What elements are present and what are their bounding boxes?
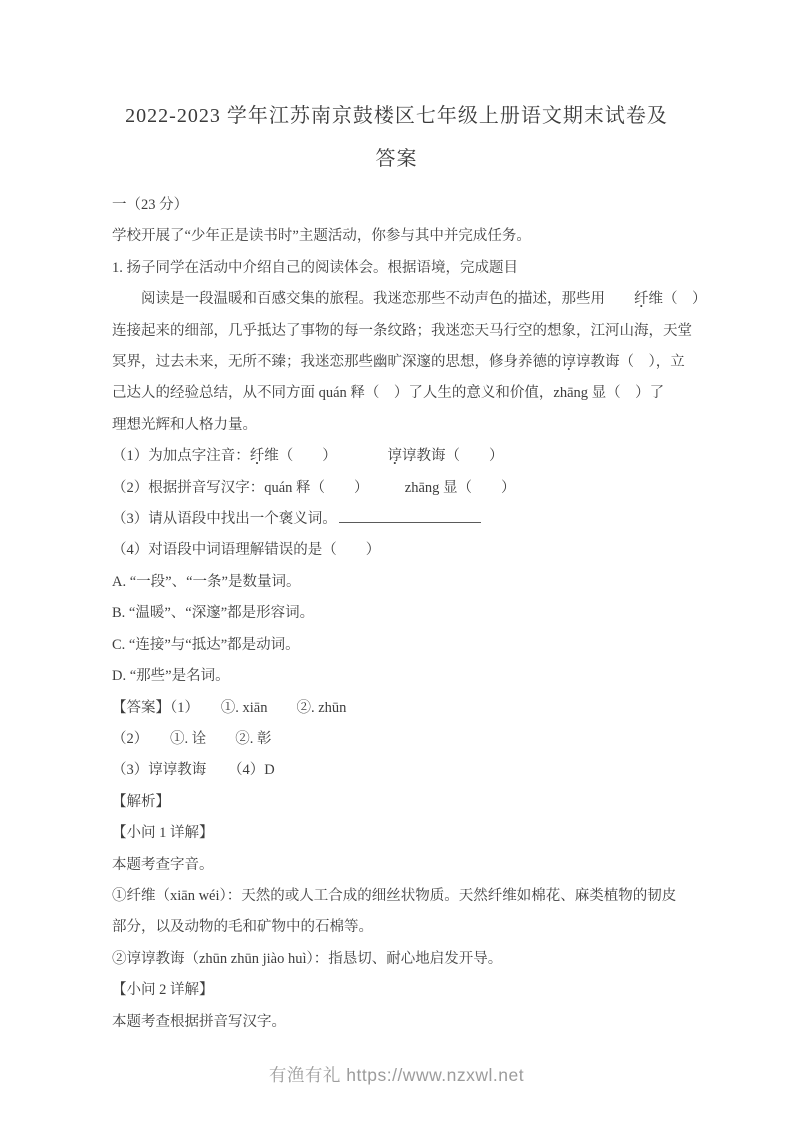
text-segment: ②谆谆教诲（zhūn zhūn jiào huì）：指恳切、耐心地启发开导。 <box>112 951 502 967</box>
passage-line-5: 理想光辉和人格力量。 <box>112 410 695 441</box>
text-segment: 部分，以及动物的毛和矿物中的石棉等。 <box>112 919 373 935</box>
option-a: A. “一段”、“一条”是数量词。 <box>112 567 695 598</box>
option-b: B. “温暖”、“深邃”都是形容词。 <box>112 598 695 629</box>
text-segment: 理想光辉和人格力量。 <box>112 417 257 433</box>
exam-document-page: 2022-2023 学年江苏南京鼓楼区七年级上册语文期末试卷及 答案 一（23 … <box>0 0 793 1122</box>
passage-line-4: 己达人的经验总结，从不同方面 quán 释（ ）了人生的意义和价值，zhāng … <box>112 378 695 409</box>
text-segment: （2） ①. 诠 ②. 彰 <box>112 731 272 747</box>
explanation-1-line-2: 部分，以及动物的毛和矿物中的石棉等。 <box>112 912 695 943</box>
text-segment: D. “那些”是名词。 <box>112 668 230 684</box>
subq2-detail-intro: 本题考查根据拼音写汉字。 <box>112 1007 695 1038</box>
text-segment: A. “一段”、“一条”是数量词。 <box>112 574 300 590</box>
text-segment: （4）对语段中词语理解错误的是（ ） <box>112 542 380 558</box>
text-segment: 【小问 2 详解】 <box>112 982 214 998</box>
text-segment: 维（ ） <box>264 448 387 464</box>
text-segment: （1）为加点字注音： <box>112 448 250 464</box>
emphasis-dotted-char: 纤 <box>250 444 265 465</box>
explanation-1-line-1: ①纤维（xiān wéi）：天然的或人工合成的细丝状物质。天然纤维如棉花、麻类植… <box>112 881 695 912</box>
text-segment: 维（ ） <box>649 291 707 307</box>
answer-line-1: 【答案】（1） ①. xiān ②. zhūn <box>112 693 695 724</box>
text-segment: B. “温暖”、“深邃”都是形容词。 <box>112 605 314 621</box>
text-segment: 本题考查字音。 <box>112 857 214 873</box>
emphasis-dotted-char: 谆 <box>562 350 577 371</box>
answer-blank-line <box>339 510 481 523</box>
emphasis-dotted-char: 纤 <box>605 287 649 308</box>
document-body: 一（23 分）学校开展了“少年正是读书时”主题活动，你参与其中并完成任务。1. … <box>112 190 695 1038</box>
option-c: C. “连接”与“抵达”都是动词。 <box>112 630 695 661</box>
text-segment: 己达人的经验总结，从不同方面 quán 释（ ）了人生的意义和价值，zhāng … <box>112 385 664 401</box>
analysis-heading: 【解析】 <box>112 787 695 818</box>
text-segment: 冥界，过去未来，无所不臻；我迷恋那些幽旷深邃的思想，修身养德的 <box>112 354 562 370</box>
text-segment: C. “连接”与“抵达”都是动词。 <box>112 637 300 653</box>
text-segment: 【答案】（1） ①. xiān ②. zhūn <box>112 700 346 716</box>
text-segment: 谆教诲（ ） <box>402 448 504 464</box>
text-segment: 学校开展了“少年正是读书时”主题活动，你参与其中并完成任务。 <box>112 228 531 244</box>
answer-line-2: （2） ①. 诠 ②. 彰 <box>112 724 695 755</box>
sub-question-4: （4）对语段中词语理解错误的是（ ） <box>112 535 695 566</box>
subq1-detail-heading: 【小问 1 详解】 <box>112 818 695 849</box>
option-d: D. “那些”是名词。 <box>112 661 695 692</box>
sub-question-3: （3）请从语段中找出一个褒义词。 <box>112 504 695 535</box>
text-segment: （3）谆谆教诲 （4）D <box>112 762 275 778</box>
document-title: 2022-2023 学年江苏南京鼓楼区七年级上册语文期末试卷及 答案 <box>0 0 793 181</box>
document-title-line-2: 答案 <box>0 138 793 181</box>
passage-line-3: 冥界，过去未来，无所不臻；我迷恋那些幽旷深邃的思想，修身养德的谆谆教诲（ ），立 <box>112 347 695 378</box>
subq1-detail-intro: 本题考查字音。 <box>112 850 695 881</box>
watermark-text: 有渔有礼 https://www.nzxwl.net <box>269 1065 524 1085</box>
section-heading: 一（23 分） <box>112 190 695 221</box>
sub-question-2: （2）根据拼音写汉字：quán 释（ ） zhāng 显（ ） <box>112 473 695 504</box>
activity-intro: 学校开展了“少年正是读书时”主题活动，你参与其中并完成任务。 <box>112 221 695 252</box>
document-title-line-1: 2022-2023 学年江苏南京鼓楼区七年级上册语文期末试卷及 <box>0 95 793 138</box>
watermark-footer: 有渔有礼 https://www.nzxwl.net <box>0 1062 793 1087</box>
text-segment: （2）根据拼音写汉字：quán 释（ ） zhāng 显（ ） <box>112 480 516 496</box>
answer-line-3: （3）谆谆教诲 （4）D <box>112 755 695 786</box>
explanation-2: ②谆谆教诲（zhūn zhūn jiào huì）：指恳切、耐心地启发开导。 <box>112 944 695 975</box>
text-segment: 谆教诲（ ），立 <box>576 354 685 370</box>
text-segment: 连接起来的细部，几乎抵达了事物的每一条纹路；我迷恋天马行空的想象，江河山海，天堂 <box>112 323 692 339</box>
text-segment: 1. 扬子同学在活动中介绍自己的阅读体会。根据语境，完成题目 <box>112 260 518 276</box>
passage-line-1: 阅读是一段温暖和百感交集的旅程。我迷恋那些不动声色的描述，那些用纤维（ ） <box>112 284 695 315</box>
text-segment: 【小问 1 详解】 <box>112 825 214 841</box>
text-segment: ①纤维（xiān wéi）：天然的或人工合成的细丝状物质。天然纤维如棉花、麻类植… <box>112 888 676 904</box>
text-segment: 【解析】 <box>112 794 170 810</box>
passage-line-2: 连接起来的细部，几乎抵达了事物的每一条纹路；我迷恋天马行空的想象，江河山海，天堂 <box>112 316 695 347</box>
sub-question-1: （1）为加点字注音：纤维（ ） 谆谆教诲（ ） <box>112 441 695 472</box>
emphasis-dotted-char: 谆 <box>388 444 403 465</box>
text-segment: 阅读是一段温暖和百感交集的旅程。我迷恋那些不动声色的描述，那些用 <box>141 291 605 307</box>
text-segment: 一（23 分） <box>112 197 188 213</box>
subq2-detail-heading: 【小问 2 详解】 <box>112 975 695 1006</box>
text-segment: （3）请从语段中找出一个褒义词。 <box>112 511 337 527</box>
question-1-stem: 1. 扬子同学在活动中介绍自己的阅读体会。根据语境，完成题目 <box>112 253 695 284</box>
text-segment: 本题考查根据拼音写汉字。 <box>112 1014 286 1030</box>
